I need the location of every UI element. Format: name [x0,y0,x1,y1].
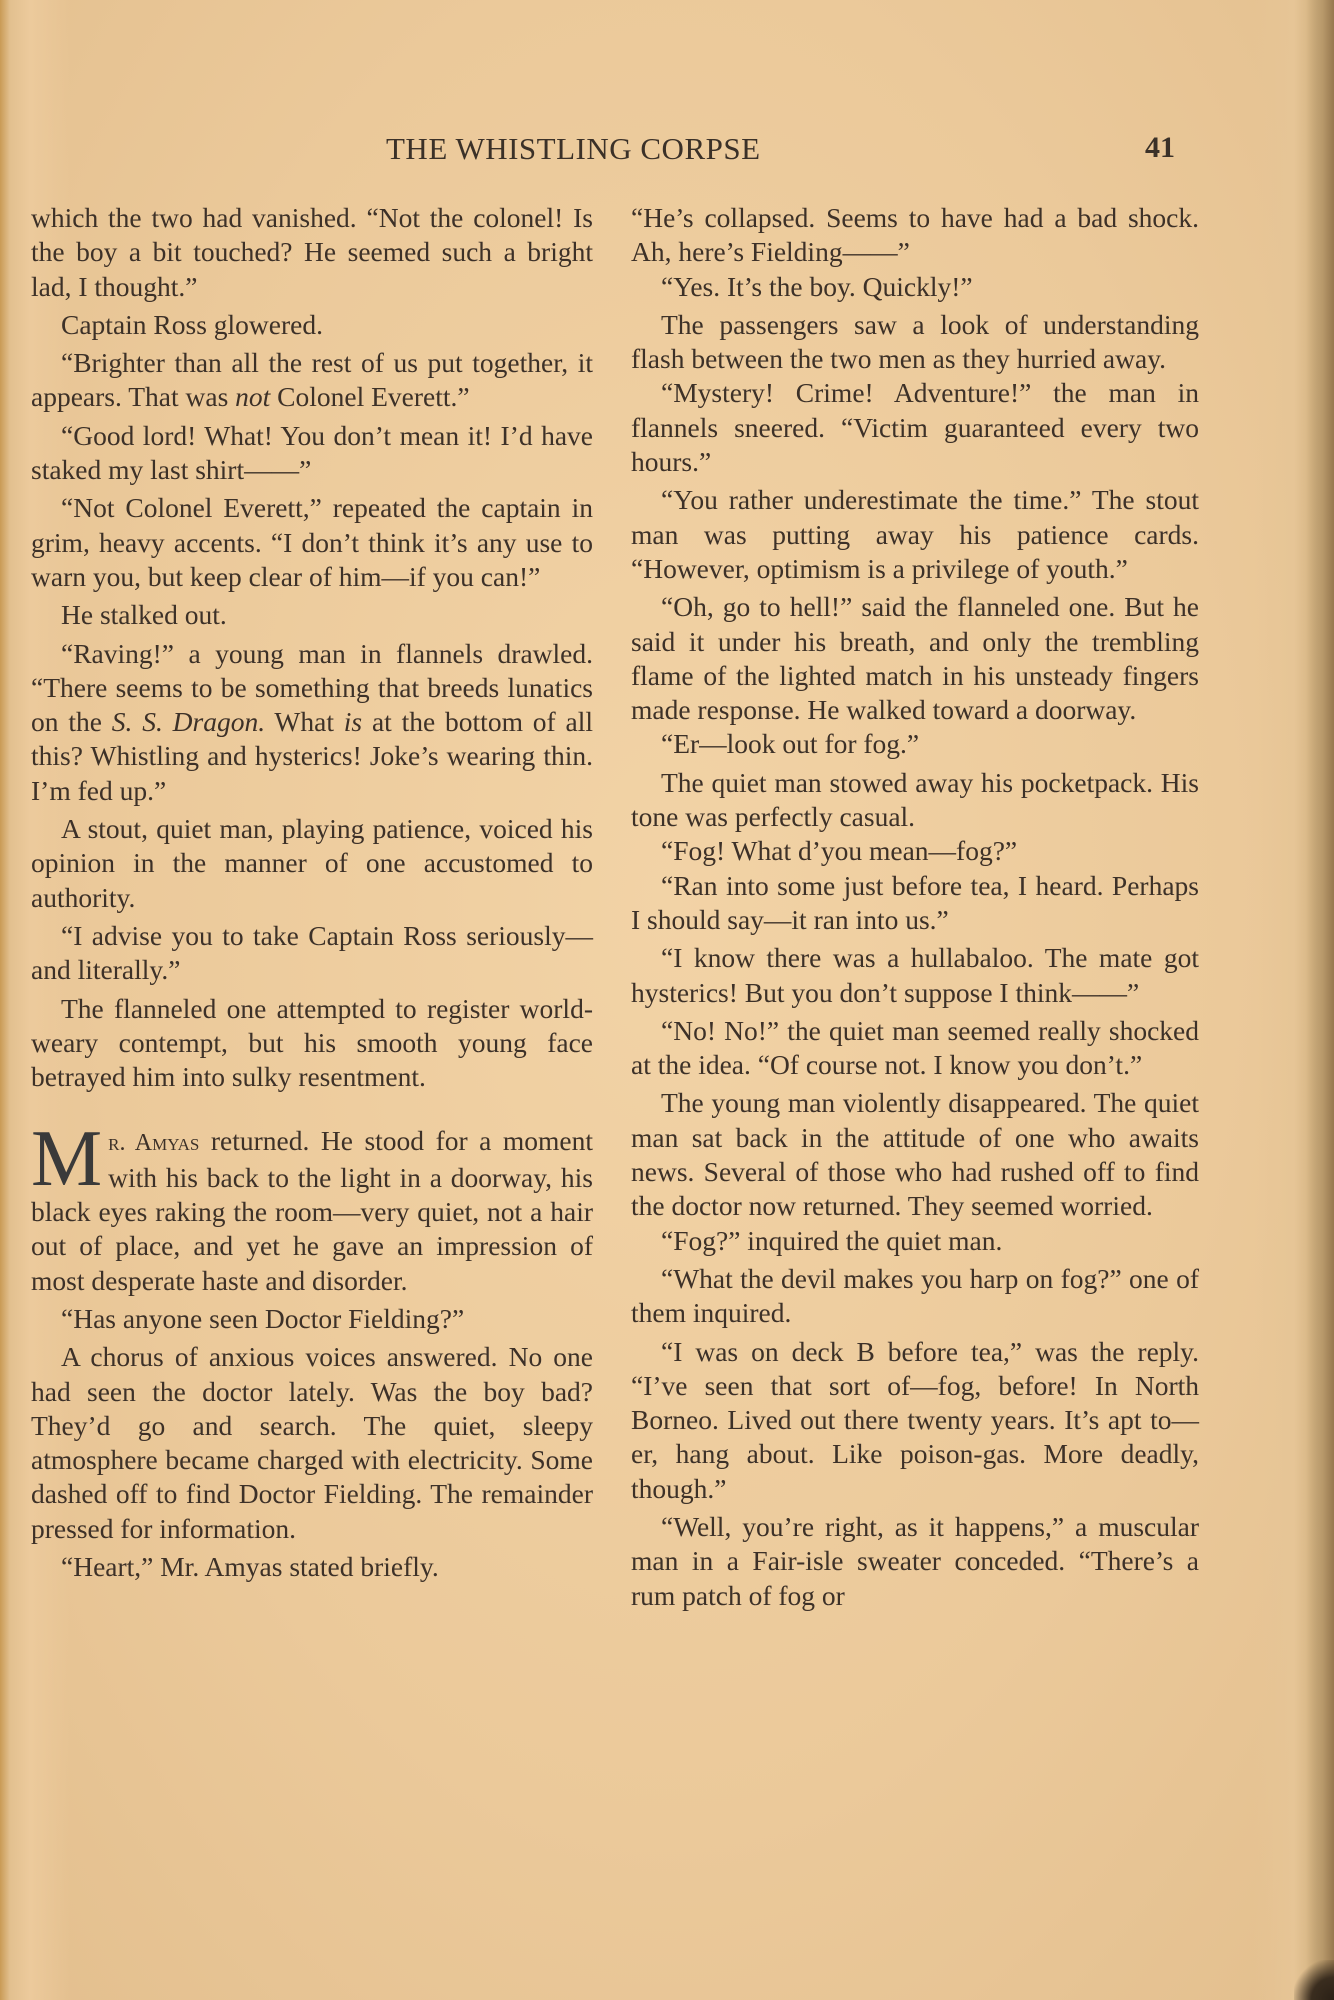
paragraph: “Er—look out for fog.” [631,727,1199,761]
book-page: THE WHISTLING CORPSE 41 which the two ha… [0,0,1334,2000]
drop-cap: M [31,1128,102,1190]
page-edge-shadow [1306,0,1334,2000]
paragraph: “Mystery! Crime! Adventure!” the man in … [631,376,1199,479]
paragraph: “Ran into some just before tea, I heard.… [631,869,1199,938]
paragraph: “You rather underestimate the time.” The… [631,483,1199,586]
paragraph: The passengers saw a look of understandi… [631,308,1199,377]
paragraph: “I advise you to take Captain Ross serio… [31,919,593,988]
emphasis: not [235,381,270,412]
paragraph: “Good lord! What! You don’t mean it! I’d… [31,419,593,488]
paragraph: “Raving!” a young man in flannels drawle… [31,637,593,808]
paragraph: “Heart,” Mr. Amyas stated briefly. [31,1550,593,1584]
emphasis: is [344,706,362,737]
paragraph: which the two had vanished. “Not the col… [31,201,593,304]
paragraph: “I was on deck B before tea,” was the re… [631,1335,1199,1506]
paragraph: “Yes. It’s the boy. Quickly!” [631,270,1199,304]
paragraph: The quiet man stowed away his pocketpack… [631,766,1199,835]
right-column: “He’s collapsed. Seems to have had a bad… [631,201,1199,1613]
page-corner-shadow [1294,1960,1334,2000]
paragraph: The flanneled one attempted to register … [31,992,593,1095]
left-column: which the two had vanished. “Not the col… [31,201,593,1584]
paragraph: “Well, you’re right, as it happens,” a m… [631,1510,1199,1613]
paragraph: “Brighter than all the rest of us put to… [31,346,593,415]
paragraph: “What the devil makes you harp on fog?” … [631,1262,1199,1331]
running-header: THE WHISTLING CORPSE 41 [0,131,1334,171]
paragraph: A chorus of anxious voices answered. No … [31,1340,593,1546]
paragraph: “Not Colonel Everett,” repeated the capt… [31,491,593,594]
section-start-paragraph: Mr. Amyas returned. He stood for a momen… [31,1124,593,1297]
paragraph: Captain Ross glowered. [31,308,593,342]
ship-name: S. S. Dragon. [112,706,265,737]
paragraph: “Fog! What d’you mean—fog?” [631,834,1199,868]
paragraph: “Fog?” inquired the quiet man. [631,1224,1199,1258]
paragraph: The young man violently disappeared. The… [631,1086,1199,1223]
paragraph: “I know there was a hullabaloo. The mate… [631,941,1199,1010]
running-title: THE WHISTLING CORPSE [386,131,761,167]
paragraph: “Oh, go to hell!” said the flanneled one… [631,590,1199,727]
paragraph: “He’s collapsed. Seems to have had a bad… [631,201,1199,270]
paragraph: A stout, quiet man, playing patience, vo… [31,812,593,915]
paragraph: “Has anyone seen Doctor Fielding?” [31,1302,593,1336]
paragraph: He stalked out. [31,598,593,632]
page-number: 41 [1145,131,1175,165]
small-caps-lead: r. Amyas [108,1130,199,1156]
paragraph: “No! No!” the quiet man seemed really sh… [631,1014,1199,1083]
